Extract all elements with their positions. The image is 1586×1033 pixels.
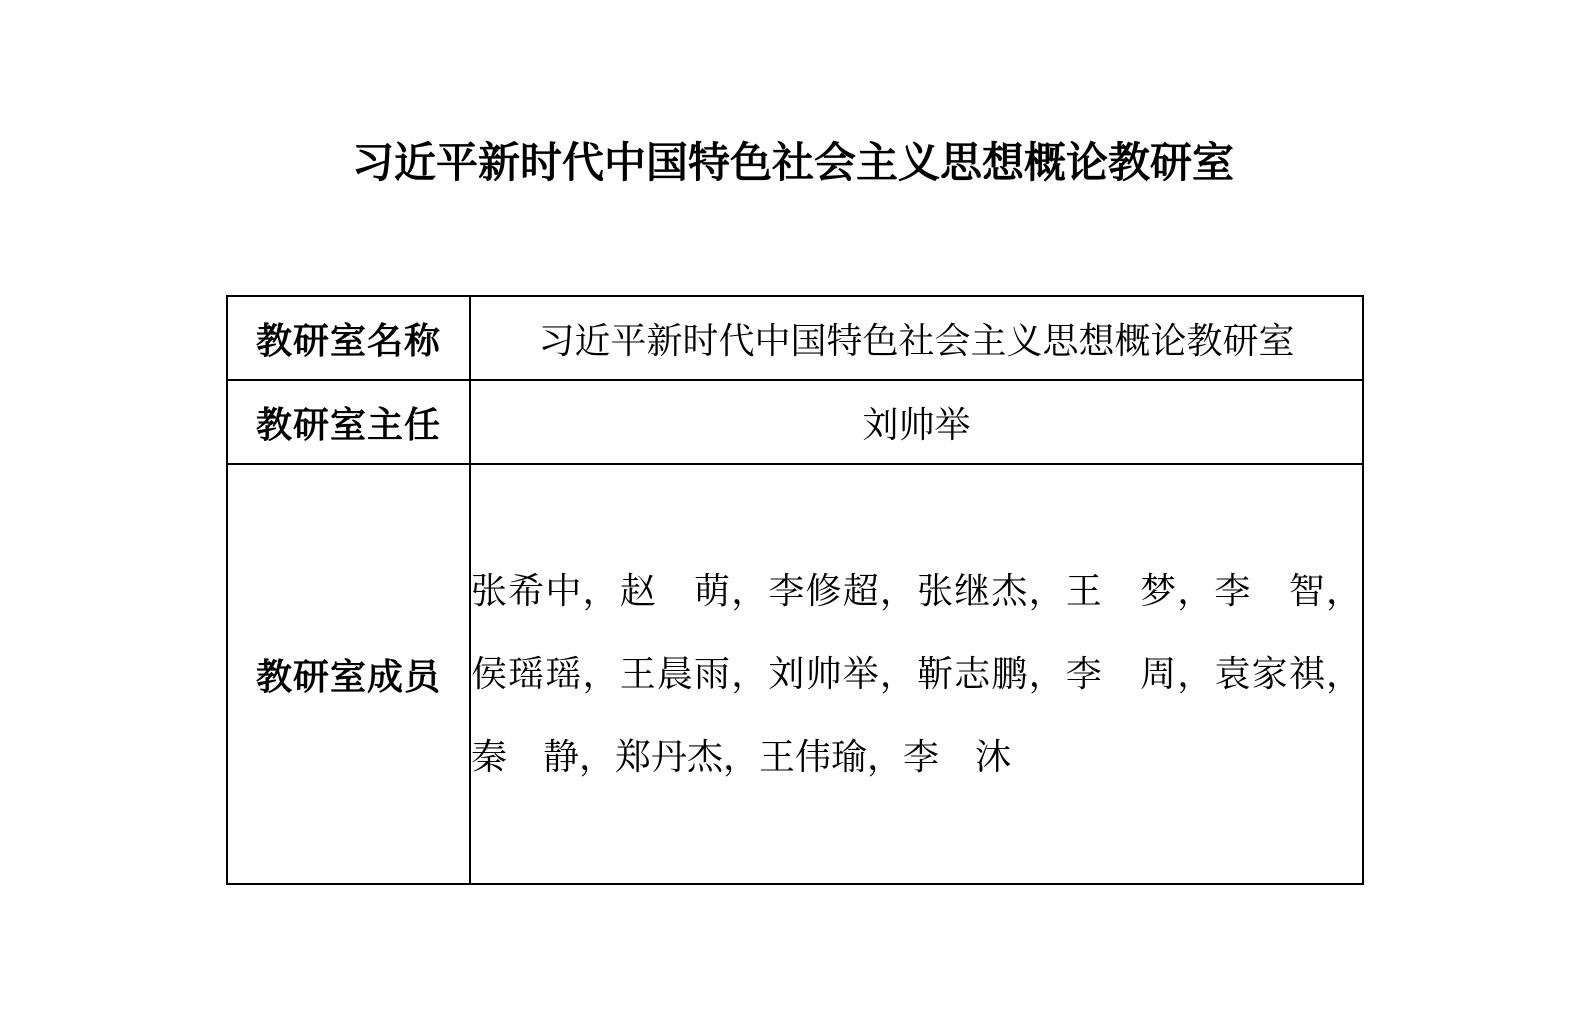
office-director-value: 刘帅举 xyxy=(470,380,1363,464)
table-row-office-name: 教研室名称 习近平新时代中国特色社会主义思想概论教研室 xyxy=(227,296,1363,380)
office-director-label: 教研室主任 xyxy=(227,380,470,464)
office-members-value: 张希中，赵 萌，李修超，张继杰，王 梦，李 智，侯瑶瑶，王晨雨，刘帅举，靳志鹏，… xyxy=(470,464,1363,884)
office-members-label: 教研室成员 xyxy=(227,464,470,884)
office-info-table: 教研室名称 习近平新时代中国特色社会主义思想概论教研室 教研室主任 刘帅举 教研… xyxy=(226,295,1364,885)
table-row-office-members: 教研室成员 张希中，赵 萌，李修超，张继杰，王 梦，李 智，侯瑶瑶，王晨雨，刘帅… xyxy=(227,464,1363,884)
office-name-value: 习近平新时代中国特色社会主义思想概论教研室 xyxy=(470,296,1363,380)
office-name-label: 教研室名称 xyxy=(227,296,470,380)
table-row-office-director: 教研室主任 刘帅举 xyxy=(227,380,1363,464)
document-title: 习近平新时代中国特色社会主义思想概论教研室 xyxy=(0,133,1586,195)
